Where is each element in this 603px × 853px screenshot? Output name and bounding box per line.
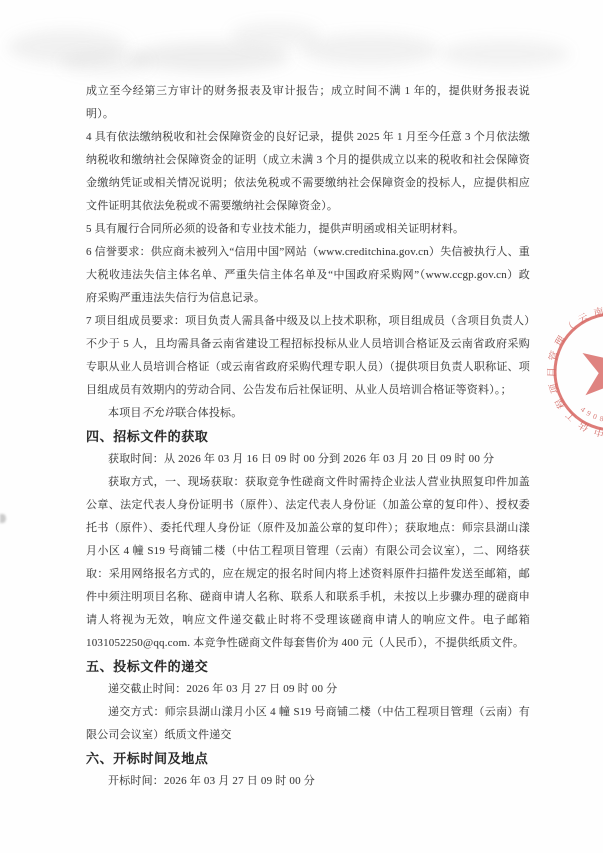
section-heading-bid-submission: 五、投标文件的递交: [86, 655, 530, 678]
scan-smudge: [130, 42, 290, 72]
document-page: 成立至今经第三方审计的财务报表及审计报告；成立时间不满 1 年的，提供财务报表说…: [0, 0, 603, 853]
paragraph-opening-time: 开标时间：2026 年 03 月 27 日 09 时 00 分: [86, 770, 530, 793]
paragraph-tax-social-security: 4 具有依法缴纳税收和社会保障资金的良好记录，提供 2025 年 1 月至今任意…: [86, 126, 530, 218]
scan-edge-artifact: [0, 514, 6, 523]
star-icon: [573, 329, 603, 409]
paragraph-equipment-capability: 5 具有履行合同所必须的设备和专业技术能力，提供声明函或相关证明材料。: [86, 218, 530, 241]
seal-serial-number: 4908185: [579, 405, 603, 425]
paragraph-credit-requirement: 6 信誉要求：供应商未被列入“信用中国”网站（www.creditchina.g…: [86, 241, 530, 310]
paragraph-project-team-requirement: 7 项目组成员要求：项目负责人需具备中级及以上技术职称，项目组成员（含项目负责人…: [86, 310, 530, 402]
paragraph-acquisition-method: 获取方式，一、现场获取：获取竞争性磋商文件时需持企业法人营业执照复印件加盖公章、…: [86, 471, 530, 655]
paragraph-no-consortium: 本项目不允许联合体投标。: [86, 402, 530, 425]
official-seal-graphic: 中估工程项目管理（云南）有限公司 4908185: [522, 280, 603, 480]
paragraph-submission-deadline: 递交截止时间：2026 年 03 月 27 日 09 时 00 分: [86, 678, 530, 701]
section-heading-bid-opening: 六、开标时间及地点: [86, 747, 530, 770]
paragraph-financial-report: 成立至今经第三方审计的财务报表及审计报告；成立时间不满 1 年的，提供财务报表说…: [86, 80, 530, 126]
scan-smudge: [60, 52, 150, 74]
seal-ring: [555, 314, 603, 430]
section-heading-document-acquisition: 四、招标文件的获取: [86, 425, 530, 448]
scan-smudge: [8, 30, 128, 64]
paragraph-submission-method: 递交方式：师宗县湖山漾月小区 4 幢 S19 号商铺二楼（中估工程项目管理（云南…: [86, 701, 530, 747]
no-consortium-suffix: 联合体投标。: [175, 407, 242, 419]
no-consortium-prefix: 本项目: [108, 407, 142, 419]
document-body: 成立至今经第三方审计的财务报表及审计报告；成立时间不满 1 年的，提供财务报表说…: [86, 80, 530, 793]
scan-smudge: [440, 40, 570, 68]
scan-smudge: [300, 34, 440, 66]
no-consortium-emphasis: 不允许: [142, 407, 176, 419]
paragraph-acquisition-time: 获取时间：从 2026 年 03 月 16 日 09 时 00 分到 2026 …: [86, 448, 530, 471]
seal-company-ring-text: 中估工程项目管理（云南）有限公司: [546, 304, 603, 440]
scan-smudge: [230, 22, 320, 48]
official-seal-stamp: 中估工程项目管理（云南）有限公司 4908185: [522, 280, 603, 480]
